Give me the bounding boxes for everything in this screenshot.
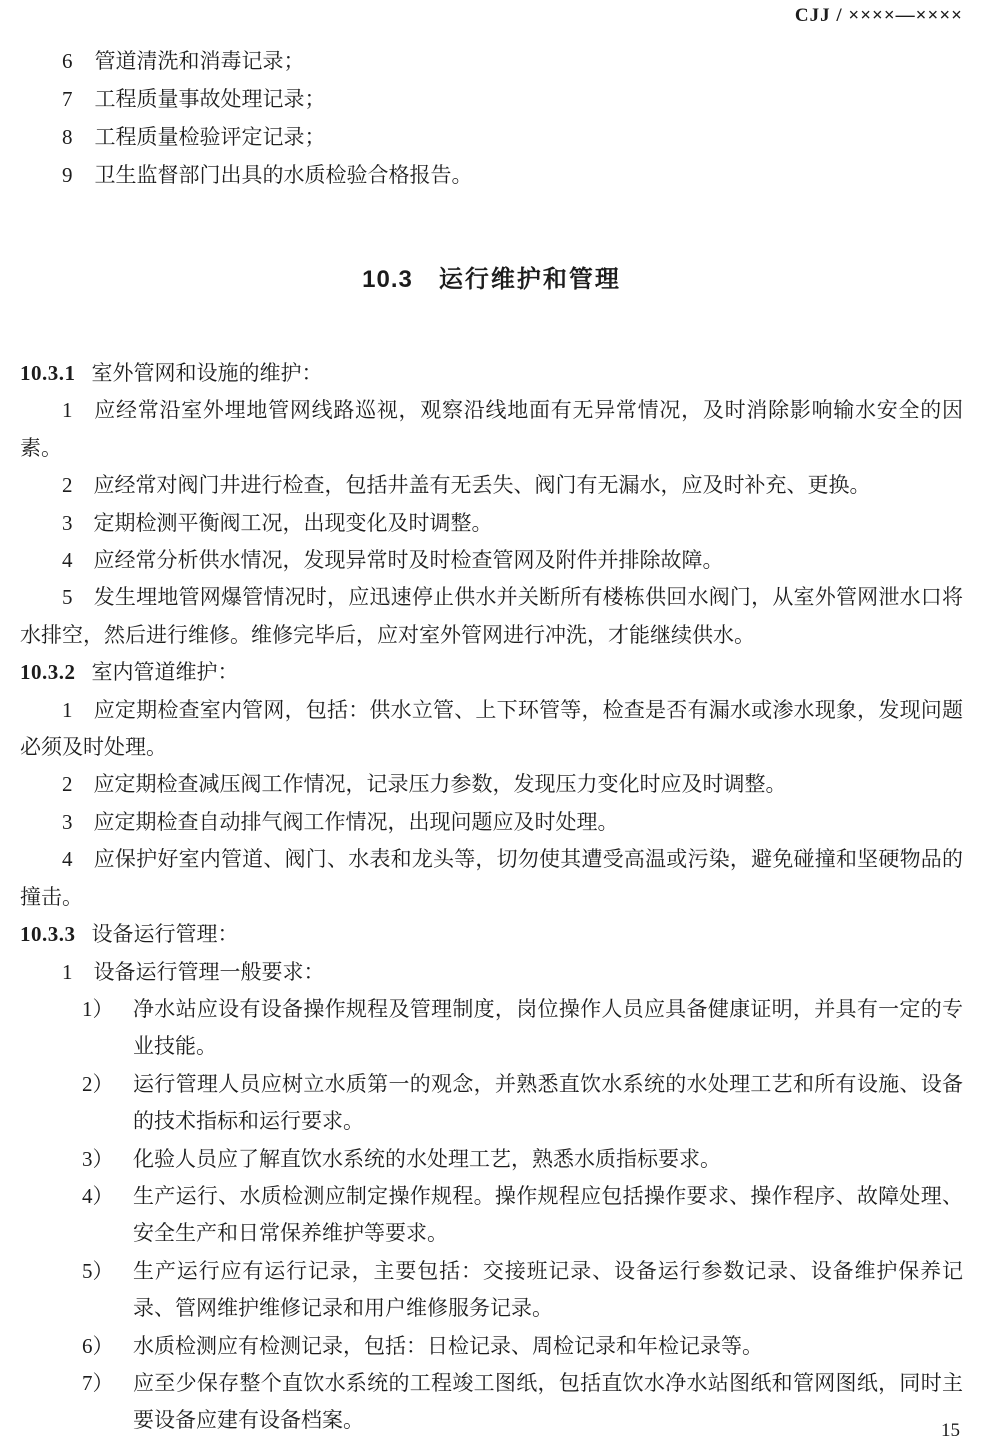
item-number: 2 — [62, 473, 94, 497]
sub-list-item: 6）水质检测应有检测记录，包括：日检记录、周检记录和年检记录等。 — [20, 1328, 963, 1365]
clause-title: 室内管道维护： — [92, 660, 239, 684]
item-text: 管道清洗和消毒记录； — [95, 49, 305, 73]
doc-code: CJJ / ××××—×××× — [795, 5, 963, 27]
item-number: 9 — [62, 163, 95, 187]
list-item: 2应经常对阀门井进行检查，包括井盖有无丢失、阀门有无漏水，应及时补充、更换。 — [20, 467, 963, 504]
subitem-number: 7） — [82, 1365, 114, 1402]
clause-number: 10.3.3 — [20, 922, 92, 946]
subitem-number: 4） — [82, 1178, 114, 1215]
item-text: 应定期检查自动排气阀工作情况，出现问题应及时处理。 — [94, 810, 619, 834]
sub-list-item: 1）净水站应设有设备操作规程及管理制度，岗位操作人员应具备健康证明，并具有一定的… — [20, 991, 963, 1066]
item-text: 应定期检查减压阀工作情况，记录压力参数，发现压力变化时应及时调整。 — [94, 772, 787, 796]
clause-number: 10.3.1 — [20, 361, 92, 385]
item-text: 工程质量检验评定记录； — [95, 125, 326, 149]
item-text: 应保护好室内管道、阀门、水表和龙头等，切勿使其遭受高温或污染，避免碰撞和坚硬物品… — [20, 847, 963, 908]
item-number: 1 — [62, 398, 94, 422]
record-list: 6管道清洗和消毒记录； 7工程质量事故处理记录； 8工程质量检验评定记录； 9卫… — [20, 42, 963, 194]
list-item: 3应定期检查自动排气阀工作情况，出现问题应及时处理。 — [20, 804, 963, 841]
item-text: 应定期检查室内管网，包括：供水立管、上下环管等，检查是否有漏水或渗水现象，发现问… — [20, 698, 963, 759]
item-text: 应经常对阀门井进行检查，包括井盖有无丢失、阀门有无漏水，应及时补充、更换。 — [94, 473, 871, 497]
list-item: 2应定期检查减压阀工作情况，记录压力参数，发现压力变化时应及时调整。 — [20, 766, 963, 803]
subitem-text: 应至少保存整个直饮水系统的工程竣工图纸，包括直饮水净水站图纸和管网图纸，同时主要… — [133, 1371, 963, 1432]
subitem-text: 化验人员应了解直饮水系统的水处理工艺，熟悉水质指标要求。 — [133, 1147, 721, 1171]
item-number: 3 — [62, 810, 94, 834]
sub-list-item: 7）应至少保存整个直饮水系统的工程竣工图纸，包括直饮水净水站图纸和管网图纸，同时… — [20, 1365, 963, 1440]
sub-list-item: 2）运行管理人员应树立水质第一的观念，并熟悉直饮水系统的水处理工艺和所有设施、设… — [20, 1066, 963, 1141]
subitem-text: 运行管理人员应树立水质第一的观念，并熟悉直饮水系统的水处理工艺和所有设施、设备的… — [133, 1072, 963, 1133]
list-item: 1应经常沿室外埋地管网线路巡视，观察沿线地面有无异常情况，及时消除影响输水安全的… — [20, 392, 963, 467]
list-item: 3定期检测平衡阀工况，出现变化及时调整。 — [20, 505, 963, 542]
list-item: 5发生埋地管网爆管情况时，应迅速停止供水并关断所有楼栋供回水阀门，从室外管网泄水… — [20, 579, 963, 654]
section-number: 10.3 — [362, 266, 413, 293]
item-text: 卫生监督部门出具的水质检验合格报告。 — [95, 163, 473, 187]
list-item: 4应保护好室内管道、阀门、水表和龙头等，切勿使其遭受高温或污染，避免碰撞和坚硬物… — [20, 841, 963, 916]
subitem-number: 6） — [82, 1328, 114, 1365]
item-number: 7 — [62, 87, 95, 111]
section-title: 运行维护和管理 — [439, 266, 621, 293]
page-number: 15 — [941, 1420, 960, 1442]
item-text: 应经常沿室外埋地管网线路巡视，观察沿线地面有无异常情况，及时消除影响输水安全的因… — [20, 398, 963, 459]
subitem-number: 1） — [82, 991, 114, 1028]
subitem-text: 水质检测应有检测记录，包括：日检记录、周检记录和年检记录等。 — [133, 1334, 763, 1358]
item-number: 2 — [62, 772, 94, 796]
item-number: 1 — [62, 960, 94, 984]
list-item: 9卫生监督部门出具的水质检验合格报告。 — [20, 156, 963, 194]
subitem-number: 5） — [82, 1253, 114, 1290]
item-number: 6 — [62, 49, 95, 73]
subitem-text: 生产运行、水质检测应制定操作规程。操作规程应包括操作要求、操作程序、故障处理、安… — [133, 1184, 963, 1245]
subitem-text: 净水站应设有设备操作规程及管理制度，岗位操作人员应具备健康证明，并具有一定的专业… — [133, 997, 963, 1058]
subitem-number: 3） — [82, 1141, 114, 1178]
clause-title: 室外管网和设施的维护： — [92, 361, 323, 385]
item-text: 应经常分析供水情况，发现异常时及时检查管网及附件并排除故障。 — [94, 548, 724, 572]
item-number: 3 — [62, 511, 94, 535]
page-content: 6管道清洗和消毒记录； 7工程质量事故处理记录； 8工程质量检验评定记录； 9卫… — [20, 42, 963, 1440]
item-text: 定期检测平衡阀工况，出现变化及时调整。 — [94, 511, 493, 535]
list-item: 6管道清洗和消毒记录； — [20, 42, 963, 80]
list-item: 1应定期检查室内管网，包括：供水立管、上下环管等，检查是否有漏水或渗水现象，发现… — [20, 692, 963, 767]
list-item: 7工程质量事故处理记录； — [20, 80, 963, 118]
list-item: 1设备运行管理一般要求： — [20, 954, 963, 991]
list-item: 4应经常分析供水情况，发现异常时及时检查管网及附件并排除故障。 — [20, 542, 963, 579]
sub-list-item: 4）生产运行、水质检测应制定操作规程。操作规程应包括操作要求、操作程序、故障处理… — [20, 1178, 963, 1253]
clause-number: 10.3.2 — [20, 660, 92, 684]
item-text: 设备运行管理一般要求： — [94, 960, 325, 984]
subitem-text: 生产运行应有运行记录，主要包括：交接班记录、设备运行参数记录、设备维护保养记录、… — [133, 1259, 963, 1320]
item-number: 8 — [62, 125, 95, 149]
clause-title: 设备运行管理： — [92, 922, 239, 946]
clause-heading: 10.3.3设备运行管理： — [20, 916, 963, 953]
item-text: 工程质量事故处理记录； — [95, 87, 326, 111]
item-text: 发生埋地管网爆管情况时，应迅速停止供水并关断所有楼栋供回水阀门，从室外管网泄水口… — [20, 585, 963, 646]
item-number: 1 — [62, 698, 94, 722]
sub-list-item: 3）化验人员应了解直饮水系统的水处理工艺，熟悉水质指标要求。 — [20, 1141, 963, 1178]
item-number: 4 — [62, 847, 94, 871]
clause-heading: 10.3.1室外管网和设施的维护： — [20, 355, 963, 392]
subitem-number: 2） — [82, 1066, 114, 1103]
item-number: 5 — [62, 585, 94, 609]
item-number: 4 — [62, 548, 94, 572]
section-body: 10.3.1室外管网和设施的维护： 1应经常沿室外埋地管网线路巡视，观察沿线地面… — [20, 355, 963, 1440]
section-heading: 10.3运行维护和管理 — [20, 261, 963, 299]
document-page: CJJ / ××××—×××× 6管道清洗和消毒记录； 7工程质量事故处理记录；… — [0, 0, 1000, 1448]
clause-heading: 10.3.2室内管道维护： — [20, 654, 963, 691]
sub-list-item: 5）生产运行应有运行记录，主要包括：交接班记录、设备运行参数记录、设备维护保养记… — [20, 1253, 963, 1328]
list-item: 8工程质量检验评定记录； — [20, 118, 963, 156]
